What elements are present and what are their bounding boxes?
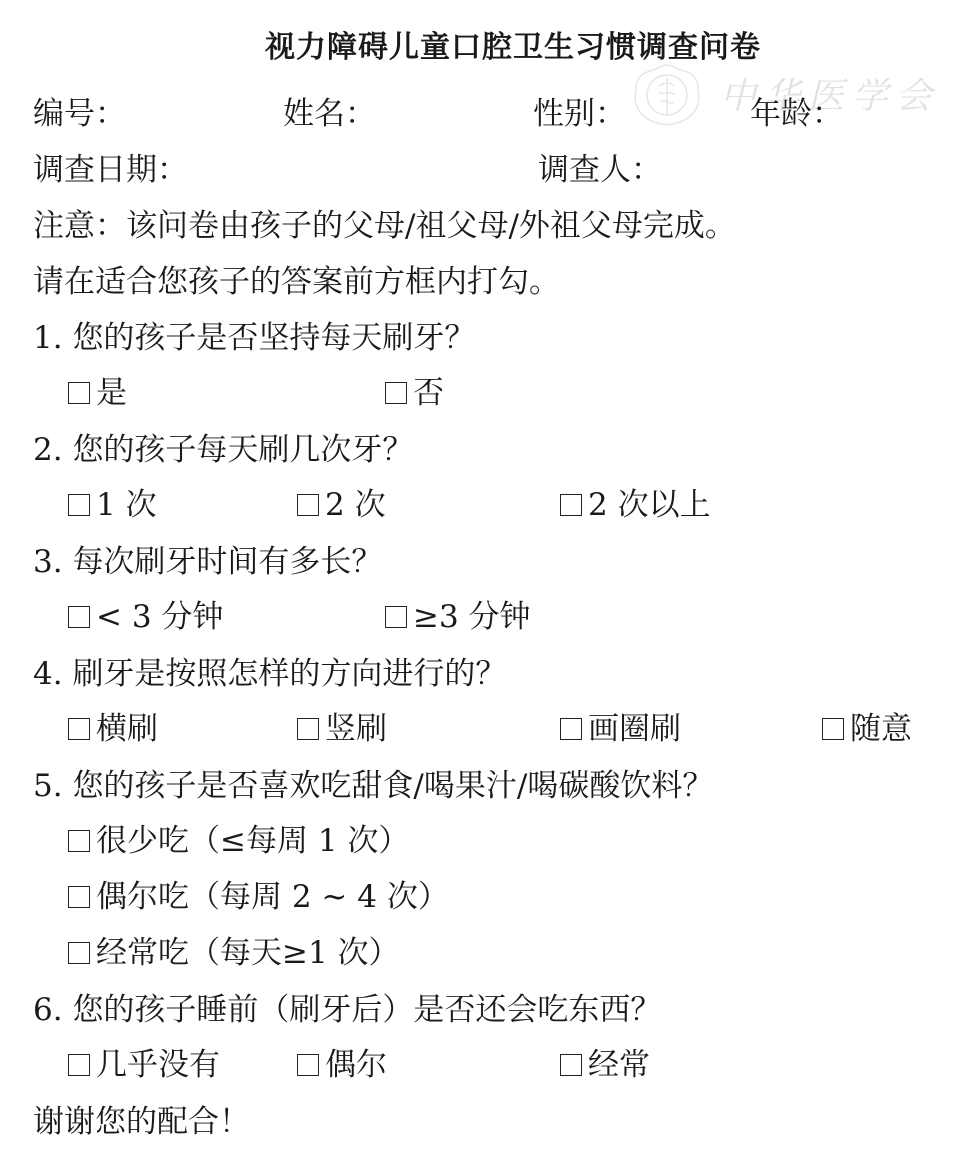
question-number: 2. <box>33 432 63 468</box>
question-3: 3. 每次刷牙时间有多长？ <box>33 542 382 582</box>
question-4: 4. 刷牙是按照怎样的方向进行的？ <box>33 654 506 694</box>
option-label: 横刷 <box>96 709 158 749</box>
q1-option-yes[interactable]: 是 <box>68 373 127 413</box>
q2-option-twice[interactable]: 2 次 <box>297 485 386 525</box>
page-title: 视力障碍儿童口腔卫生习惯调查问卷 <box>0 22 978 66</box>
checkbox[interactable] <box>68 942 90 964</box>
question-5: 5. 您的孩子是否喜欢吃甜食/喝果汁/喝碳酸饮料？ <box>33 766 713 806</box>
option-label: 1 次 <box>96 485 157 525</box>
question-text: 您的孩子每天刷几次牙？ <box>72 432 413 468</box>
field-survey-date-label: 调查日期： <box>33 150 188 190</box>
q3-option-3min-plus[interactable]: ≥3 分钟 <box>385 597 531 637</box>
q6-option-sometimes[interactable]: 偶尔 <box>297 1045 387 1085</box>
checkbox[interactable] <box>68 382 90 404</box>
checkbox[interactable] <box>560 494 582 516</box>
closing-thanks: 谢谢您的配合！ <box>33 1102 250 1142</box>
option-label: 经常吃（每天≥1 次） <box>96 933 400 973</box>
instruction-note: 注意：该问卷由孩子的父母/祖父母/外祖父母完成。 <box>33 206 736 246</box>
option-label: 2 次 <box>325 485 386 525</box>
q2-option-once[interactable]: 1 次 <box>68 485 157 525</box>
q5-option-often[interactable]: 经常吃（每天≥1 次） <box>68 933 400 973</box>
option-label: 随意 <box>850 709 912 749</box>
checkbox[interactable] <box>68 830 90 852</box>
instruction-check: 请在适合您孩子的答案前方框内打勾。 <box>33 262 560 302</box>
checkbox[interactable] <box>68 718 90 740</box>
q5-option-sometimes[interactable]: 偶尔吃（每周 2 ~ 4 次） <box>68 877 449 917</box>
question-6: 6. 您的孩子睡前（刷牙后）是否还会吃东西？ <box>33 990 661 1030</box>
checkbox[interactable] <box>68 606 90 628</box>
question-text: 您的孩子睡前（刷牙后）是否还会吃东西？ <box>72 992 661 1028</box>
option-label: 偶尔吃（每周 2 ~ 4 次） <box>96 877 449 917</box>
q4-option-horizontal[interactable]: 横刷 <box>68 709 158 749</box>
questionnaire-page: 视力障碍儿童口腔卫生习惯调查问卷 中华医学会 编号： 姓名： 性别： 年龄： 调… <box>0 0 978 1157</box>
checkbox[interactable] <box>560 718 582 740</box>
checkbox[interactable] <box>68 886 90 908</box>
option-label: 经常 <box>588 1045 650 1085</box>
q3-option-under-3min[interactable]: < 3 分钟 <box>68 597 223 637</box>
checkbox[interactable] <box>560 1054 582 1076</box>
option-label: 是 <box>96 373 127 413</box>
q6-option-almost-never[interactable]: 几乎没有 <box>68 1045 220 1085</box>
checkbox[interactable] <box>385 382 407 404</box>
option-label: ≥3 分钟 <box>413 597 531 637</box>
question-number: 6. <box>33 992 63 1028</box>
question-text: 刷牙是按照怎样的方向进行的？ <box>72 656 506 692</box>
option-label: 很少吃（≤每周 1 次） <box>96 821 409 861</box>
question-number: 5. <box>33 768 63 804</box>
field-gender-label: 性别： <box>533 94 626 134</box>
question-number: 4. <box>33 656 63 692</box>
q4-option-circular[interactable]: 画圈刷 <box>560 709 681 749</box>
checkbox[interactable] <box>68 1054 90 1076</box>
q1-option-no[interactable]: 否 <box>385 373 444 413</box>
option-label: 2 次以上 <box>588 485 711 525</box>
checkbox[interactable] <box>297 1054 319 1076</box>
q4-option-vertical[interactable]: 竖刷 <box>297 709 387 749</box>
field-number-label: 编号： <box>33 94 126 134</box>
q6-option-often[interactable]: 经常 <box>560 1045 650 1085</box>
option-label: 画圈刷 <box>588 709 681 749</box>
checkbox[interactable] <box>385 606 407 628</box>
question-number: 3. <box>33 544 63 580</box>
q2-option-more[interactable]: 2 次以上 <box>560 485 711 525</box>
question-text: 您的孩子是否坚持每天刷牙？ <box>72 320 475 356</box>
checkbox[interactable] <box>822 718 844 740</box>
option-label: < 3 分钟 <box>96 597 223 637</box>
q4-option-random[interactable]: 随意 <box>822 709 912 749</box>
checkbox[interactable] <box>297 494 319 516</box>
checkbox[interactable] <box>297 718 319 740</box>
question-number: 1. <box>33 320 63 356</box>
option-label: 竖刷 <box>325 709 387 749</box>
checkbox[interactable] <box>68 494 90 516</box>
question-text: 您的孩子是否喜欢吃甜食/喝果汁/喝碳酸饮料？ <box>72 768 713 804</box>
question-text: 每次刷牙时间有多长？ <box>72 544 382 580</box>
question-1: 1. 您的孩子是否坚持每天刷牙？ <box>33 318 475 358</box>
option-label: 偶尔 <box>325 1045 387 1085</box>
field-name-label: 姓名： <box>283 94 376 134</box>
question-2: 2. 您的孩子每天刷几次牙？ <box>33 430 413 470</box>
q5-option-rarely[interactable]: 很少吃（≤每周 1 次） <box>68 821 409 861</box>
society-seal-icon <box>632 62 702 128</box>
option-label: 否 <box>413 373 444 413</box>
field-age-label: 年龄： <box>750 94 843 134</box>
field-surveyor-label: 调查人： <box>538 150 662 190</box>
option-label: 几乎没有 <box>96 1045 220 1085</box>
